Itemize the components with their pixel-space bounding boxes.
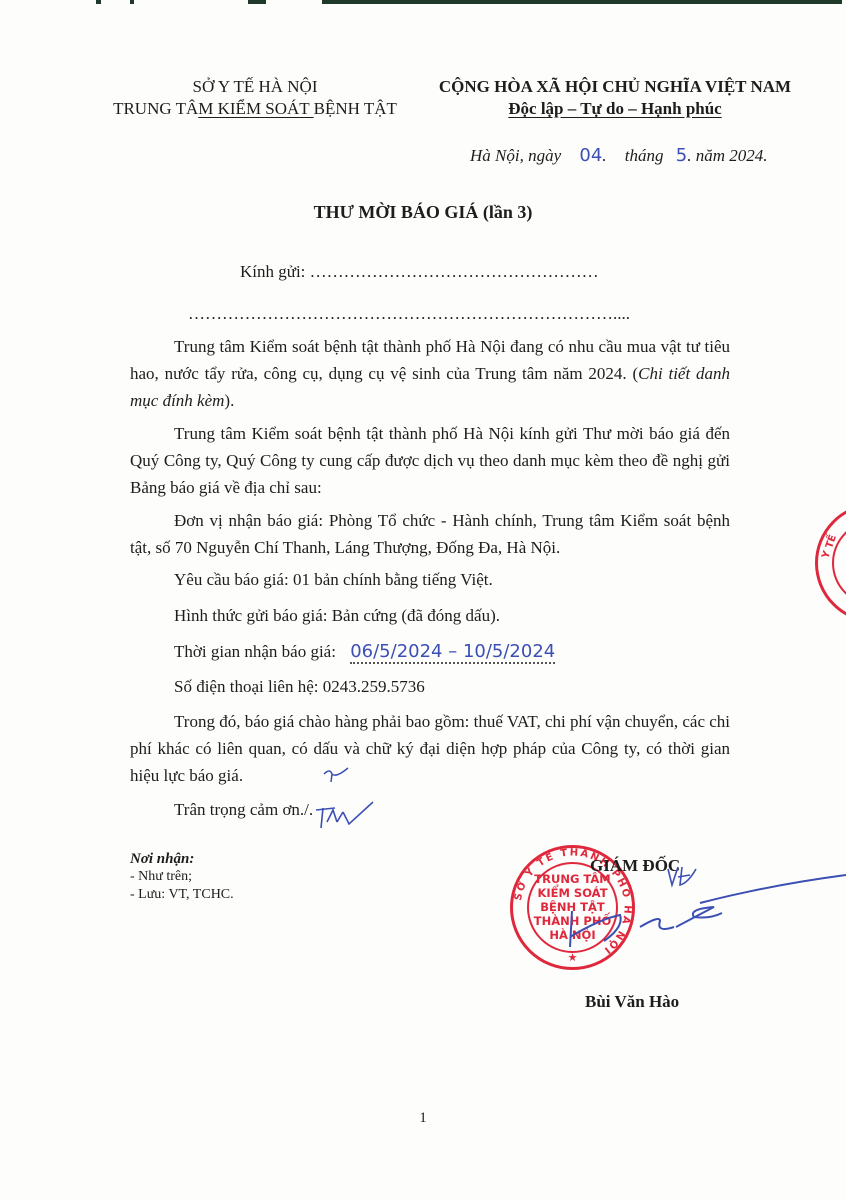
paragraph-time: Thời gian nhận báo giá: 06/5/2024 – 10/5… — [174, 638, 555, 665]
paragraph-closing: Trân trọng cảm ơn./. — [174, 796, 313, 823]
initial-mark-icon — [322, 762, 352, 784]
nation-name: CỘNG HÒA XÃ HỘI CHỦ NGHĨA VIỆT NAM — [425, 76, 805, 98]
initial-signature-icon — [313, 796, 403, 836]
scan-mark — [96, 0, 101, 4]
director-signature-icon — [540, 855, 846, 955]
issuing-agency: SỞ Y TẾ HÀ NỘI TRUNG TÂM KIỂM SOÁT BỆNH … — [95, 76, 415, 120]
paragraph-conditions: Trong đó, báo giá chào hàng phải bao gồm… — [130, 708, 730, 789]
scan-top-edge — [0, 0, 846, 6]
signer-name: Bùi Văn Hào — [585, 992, 679, 1012]
scan-mark — [130, 0, 134, 4]
paragraph-receiver: Đơn vị nhận báo giá: Phòng Tổ chức - Hàn… — [130, 507, 730, 561]
recipient-item: - Lưu: VT, TCHC. — [130, 886, 234, 904]
agency-name: SỞ Y TẾ HÀ NỘI — [95, 76, 415, 98]
handwritten-period: 06/5/2024 – 10/5/2024 — [350, 641, 555, 664]
national-motto: Độc lập – Tự do – Hạnh phúc — [425, 98, 805, 120]
paragraph-requirement: Yêu cầu báo giá: 01 bản chính bằng tiếng… — [174, 566, 493, 593]
handwritten-day: 04 — [579, 145, 602, 166]
national-header: CỘNG HÒA XÃ HỘI CHỦ NGHĨA VIỆT NAM Độc l… — [425, 76, 805, 120]
recipients-block: Nơi nhận: - Như trên; - Lưu: VT, TCHC. — [130, 850, 234, 904]
recipient-item: - Như trên; — [130, 868, 234, 886]
recipients-heading: Nơi nhận: — [130, 850, 234, 868]
scan-mark — [322, 0, 842, 4]
paragraph-format: Hình thức gửi báo giá: Bản cứng (đã đóng… — [174, 602, 500, 629]
paragraph-invitation: Trung tâm Kiểm soát bệnh tật thành phố H… — [130, 420, 730, 501]
addressee-line-2: ………………………………………………………………….... — [188, 300, 630, 327]
document-title: THƯ MỜI BÁO GIÁ (lần 3) — [0, 202, 846, 223]
handwritten-month: 5 — [676, 145, 687, 166]
paragraph-phone: Số điện thoại liên hệ: 0243.259.5736 — [174, 673, 425, 700]
document-date: Hà Nội, ngày 04. tháng 5. năm 2024. — [470, 145, 768, 166]
scan-mark — [248, 0, 266, 4]
organization-name: TRUNG TÂM KIỂM SOÁT BỆNH TẬT — [95, 98, 415, 120]
page-number: 1 — [0, 1110, 846, 1127]
paragraph-need: Trung tâm Kiểm soát bệnh tật thành phố H… — [130, 333, 730, 414]
addressee-line: Kính gửi: …………………………………………… — [240, 258, 599, 285]
